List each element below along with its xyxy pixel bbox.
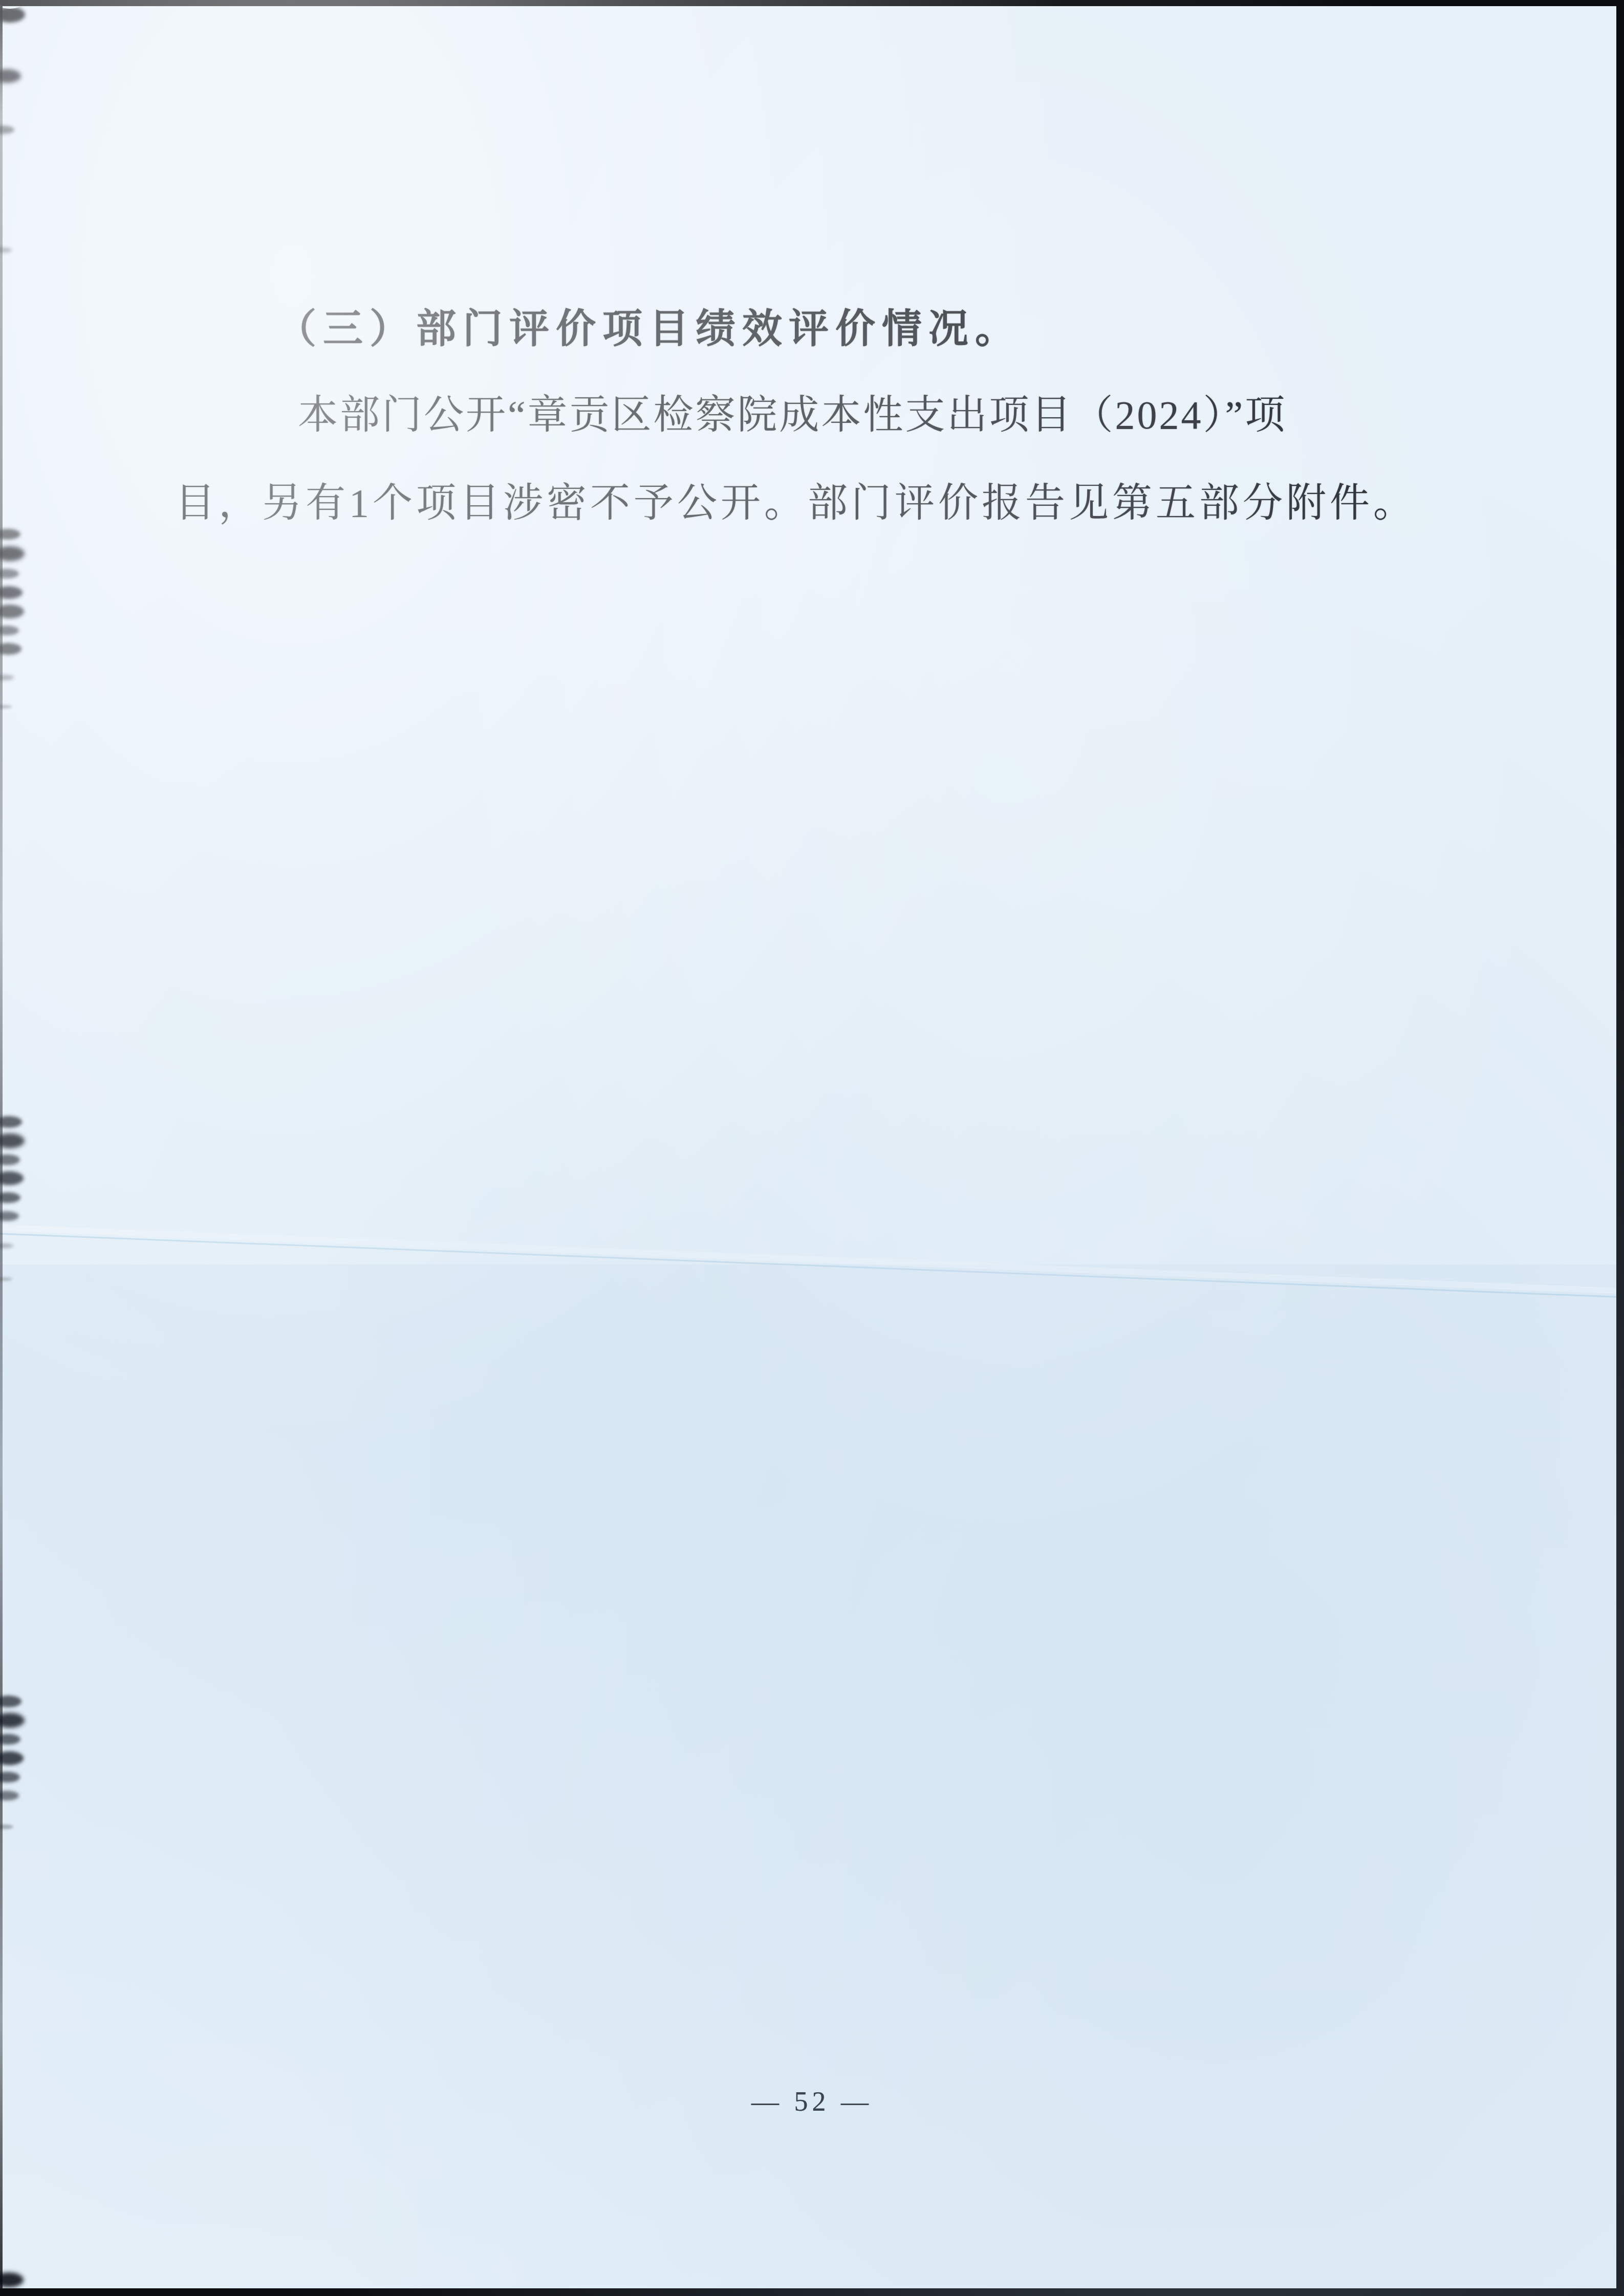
scan-edge-right xyxy=(1616,0,1624,2296)
scan-edge-left xyxy=(0,0,3,2296)
scan-edge-top xyxy=(0,0,1624,6)
page-number: — 52 — xyxy=(0,2086,1624,2117)
paragraph-line-2: 目，另有1个项目涉密不予公开。部门评价报告见第五部分附件。 xyxy=(175,481,1417,525)
scan-edge-bottom xyxy=(0,2288,1624,2296)
scanned-document-page: （三）部门评价项目绩效评价情况。 本部门公开“章贡区检察院成本性支出项目（202… xyxy=(0,0,1624,2296)
section-heading: （三）部门评价项目绩效评价情况。 xyxy=(276,307,1022,351)
paragraph-line-1: 本部门公开“章贡区检察院成本性支出项目（2024）”项 xyxy=(298,393,1287,437)
paper-shade-lower xyxy=(0,1264,1624,2296)
